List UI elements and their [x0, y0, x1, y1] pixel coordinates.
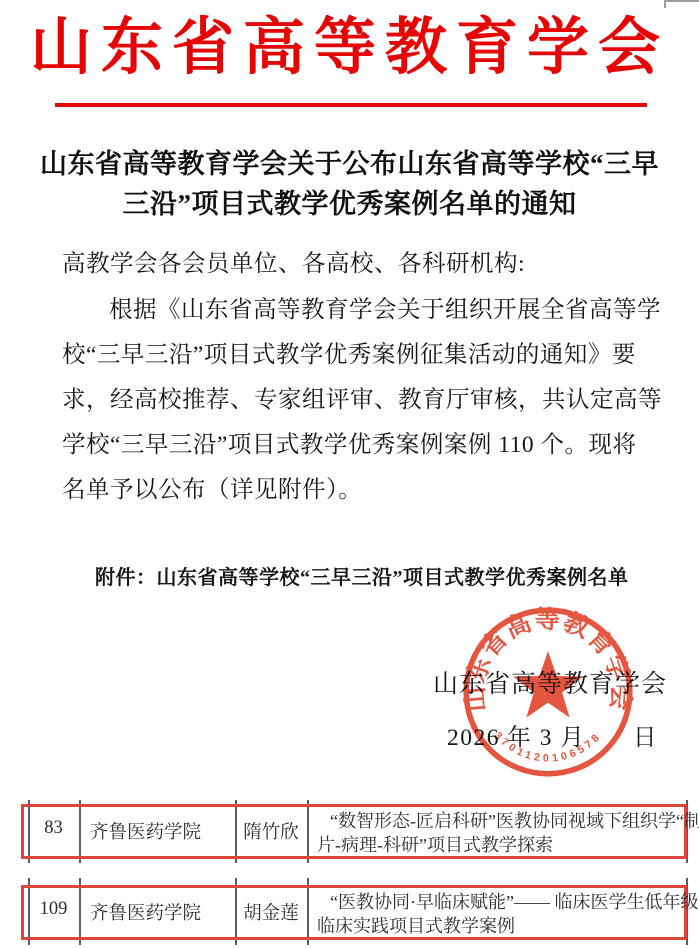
letterhead-org-title: 山东省高等教育学会: [0, 8, 699, 88]
body-line: 名单予以公布（详见附件）。: [62, 468, 647, 513]
document-title-line2: 三沿”项目式教学优秀案例名单的通知: [0, 184, 699, 224]
salutation-line: 高教学会各会员单位、各高校、各科研机构:: [62, 244, 525, 278]
table-cell-school: 齐鲁医药学院: [90, 818, 201, 844]
document-title: 山东省高等教育学会关于公布山东省高等学校“三早 三沿”项目式教学优秀案例名单的通…: [0, 144, 699, 224]
table-cell-number: 109: [28, 899, 79, 920]
table-cell-school: 齐鲁医药学院: [90, 899, 201, 925]
document-title-line1: 山东省高等教育学会关于公布山东省高等学校“三早: [0, 144, 699, 184]
body-line: 求，经高校推荐、专家组评审、教育厅审核，共认定高等: [62, 378, 647, 423]
case-title-line1: “医教协同·早临床赋能”—— 临床医学生低年级: [317, 890, 698, 914]
table-cell-person: 隋竹欣: [235, 818, 307, 844]
attachment-reference-line: 附件：山东省高等学校“三早三沿”项目式教学优秀案例名单: [95, 561, 629, 590]
body-line: 校“三早三沿”项目式教学优秀案例征集活动的通知》要: [62, 333, 647, 378]
svg-text:3701120106578: 3701120106578: [492, 730, 605, 765]
case-title-line2: 临床实践项目式教学案例: [317, 914, 698, 938]
seal-star-icon: [513, 651, 583, 718]
table-cell-case-title: “医教协同·早临床赋能”—— 临床医学生低年级 临床实践项目式教学案例: [317, 890, 698, 938]
table-cell-case-title: “数智形态-匠启科研”医教协同视域下组织学“制 片-病理-科研”项目式教学探索: [317, 809, 699, 857]
body-line: 学校“三早三沿”项目式教学优秀案例案例 110 个。现将: [62, 423, 647, 468]
table-cell-person: 胡金莲: [235, 899, 307, 925]
case-title-line1: “数智形态-匠启科研”医教协同视域下组织学“制: [317, 809, 699, 833]
table-cell-number: 83: [28, 818, 79, 839]
official-red-seal: 山东省高等教育学会 3701120106578: [456, 600, 640, 784]
notice-document-page: 山东省高等教育学会 山东省高等教育学会关于公布山东省高等学校“三早 三沿”项目式…: [0, 0, 699, 948]
window-corner-artifact: [664, 0, 699, 8]
case-title-line2: 片-病理-科研”项目式教学探索: [317, 833, 699, 857]
seal-code-number: 3701120106578: [492, 730, 605, 765]
body-line: 根据《山东省高等教育学会关于组织开展全省高等学: [62, 288, 647, 333]
letterhead-divider-rule: [55, 103, 647, 107]
body-paragraph: 根据《山东省高等教育学会关于组织开展全省高等学 校“三早三沿”项目式教学优秀案例…: [62, 288, 647, 513]
